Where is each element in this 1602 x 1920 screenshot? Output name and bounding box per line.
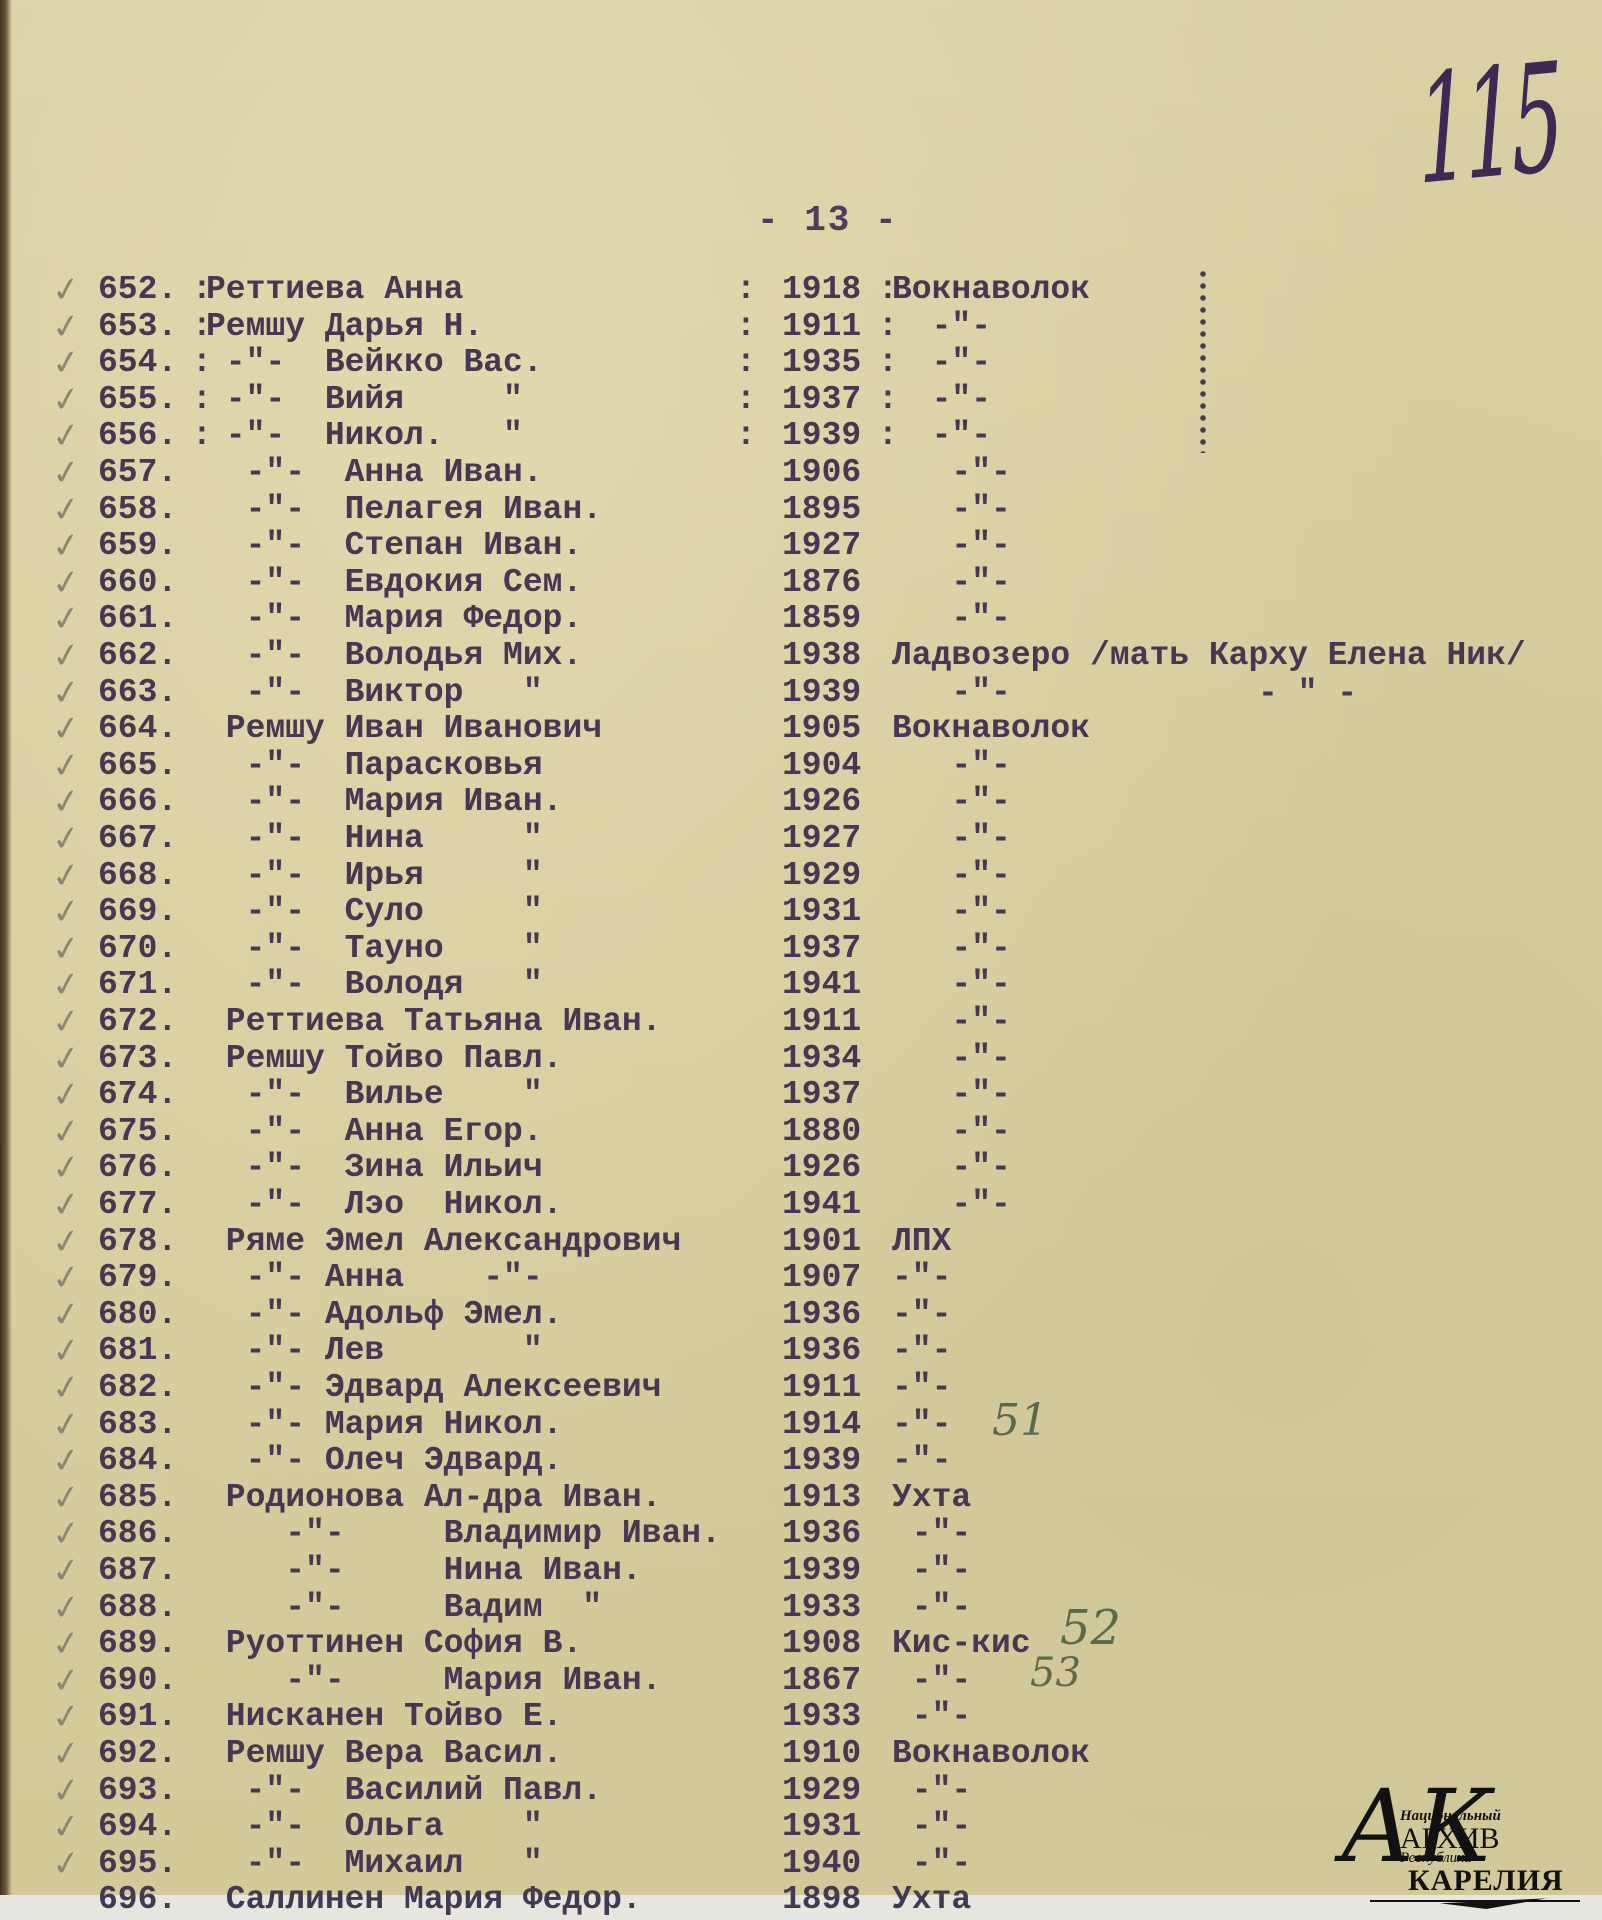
person-name: -"- Анна Егор. — [206, 1114, 543, 1150]
check-mark-icon: ✓ — [50, 819, 83, 859]
table-row: ✓661. -"- Мария Федор.1859 -"- — [0, 601, 1602, 637]
place-name: -"- — [892, 858, 1011, 894]
table-row: ✓679. -"- Анна -"-1907-"- — [0, 1260, 1602, 1296]
entry-number: 660. — [98, 565, 177, 601]
person-name: -"- Нина " — [206, 821, 543, 857]
entry-number: 677. — [98, 1187, 177, 1223]
entry-number: 669. — [98, 894, 177, 930]
table-row: ✓673. Ремшу Тойво Павл.1934 -"- — [0, 1041, 1602, 1077]
person-name: -"- Евдокия Сем. — [206, 565, 582, 601]
entry-number: 654. — [98, 345, 177, 381]
person-name: -"- Мария Иван. — [206, 1663, 661, 1699]
entry-number: 680. — [98, 1297, 177, 1333]
person-name: -"- Степан Иван. — [206, 528, 582, 564]
table-row: ✓687. -"- Нина Иван.1939 -"- — [0, 1553, 1602, 1589]
table-row: ✓657. -"- Анна Иван.1906 -"- — [0, 455, 1602, 491]
birth-year: 1936 — [782, 1333, 861, 1369]
table-row: ✓659. -"- Степан Иван.1927 -"- — [0, 528, 1602, 564]
entry-number: 655. — [98, 382, 177, 418]
birth-year: 1929 — [782, 858, 861, 894]
check-mark-icon: ✓ — [50, 1478, 83, 1518]
page-number: - 13 - — [757, 200, 899, 241]
birth-year: 1939 — [782, 1553, 861, 1589]
person-name: -"- Тауно " — [206, 931, 543, 967]
check-mark-icon: ✓ — [50, 1075, 83, 1115]
table-row: ✓658. -"- Пелагея Иван.1895 -"- — [0, 492, 1602, 528]
birth-year: 1905 — [782, 711, 861, 747]
check-mark-icon: ✓ — [50, 1185, 83, 1225]
handwritten-folio-number: 115 — [1415, 32, 1561, 219]
person-name: Реттиева Анна — [206, 272, 463, 308]
birth-year: 1940 — [782, 1846, 861, 1882]
table-row: ✓666. -"- Мария Иван.1926 -"- — [0, 784, 1602, 820]
place-name: -"- — [892, 1443, 951, 1479]
birth-year: 1931 — [782, 894, 861, 930]
birth-year: 1927 — [782, 528, 861, 564]
person-name: -"- Суло " — [206, 894, 543, 930]
check-mark-icon: ✓ — [50, 1807, 83, 1847]
place-name: -"- — [892, 748, 1011, 784]
check-mark-icon: ✓ — [50, 453, 83, 493]
check-mark-icon: ✓ — [50, 1112, 83, 1152]
table-row: ✓690. -"- Мария Иван.1867 -"- — [0, 1663, 1602, 1699]
birth-year: 1926 — [782, 1150, 861, 1186]
table-row: ✓682. -"- Эдвард Алексеевич1911-"- — [0, 1370, 1602, 1406]
entry-number: 666. — [98, 784, 177, 820]
check-mark-icon: ✓ — [50, 270, 83, 310]
person-name: -"- Вадим " — [206, 1590, 602, 1626]
handwritten-mark: 51 — [992, 1395, 1048, 1446]
entry-number: 683. — [98, 1407, 177, 1443]
check-mark-icon: ✓ — [50, 1039, 83, 1079]
place-name: -"- — [892, 1150, 1011, 1186]
place-name: Ладвозеро /мать Карху Елена Ник/ — [892, 638, 1526, 674]
table-row: ✓686. -"- Владимир Иван.1936 -"- — [0, 1516, 1602, 1552]
entry-number: 658. — [98, 492, 177, 528]
entry-number: 665. — [98, 748, 177, 784]
entry-number: 685. — [98, 1480, 177, 1516]
place-name: -"- — [892, 821, 1011, 857]
entry-number: 687. — [98, 1553, 177, 1589]
entry-number: 673. — [98, 1041, 177, 1077]
check-mark-icon: ✓ — [50, 673, 83, 713]
birth-year: 1895 — [782, 492, 861, 528]
entry-number: 690. — [98, 1663, 177, 1699]
person-name: -"- Володя " — [206, 967, 543, 1003]
entry-number: 671. — [98, 967, 177, 1003]
table-row: ✓662. -"- Володья Мих.1938Ладвозеро /мат… — [0, 638, 1602, 674]
table-row: ✓688. -"- Вадим "1933 -"- — [0, 1590, 1602, 1626]
place-name: -"- — [892, 1773, 971, 1809]
person-name: -"- Зина Ильич — [206, 1150, 543, 1186]
birth-year: 1936 — [782, 1297, 861, 1333]
entry-number: 667. — [98, 821, 177, 857]
person-name: -"- Мария Иван. — [206, 784, 562, 820]
place-name: -"- — [892, 1516, 971, 1552]
birth-year: 1898 — [782, 1882, 861, 1918]
birth-year: 1941 — [782, 967, 861, 1003]
entry-number: 688. — [98, 1590, 177, 1626]
entry-number: 682. — [98, 1370, 177, 1406]
separator: : — [736, 418, 756, 454]
table-row: ✓669. -"- Суло "1931 -"- — [0, 894, 1602, 930]
entry-number: 684. — [98, 1443, 177, 1479]
separator: : — [736, 309, 756, 345]
check-mark-icon: ✓ — [50, 1222, 83, 1262]
birth-year: 1937 — [782, 931, 861, 967]
birth-year: 1904 — [782, 748, 861, 784]
birth-year: 1907 — [782, 1260, 861, 1296]
person-name: -"- Эдвард Алексеевич — [206, 1370, 661, 1406]
place-name: -"- — [892, 1187, 1011, 1223]
person-name: Нисканен Тойво Е. — [206, 1699, 562, 1735]
place-name: -"- — [892, 601, 1011, 637]
place-name: -"- — [892, 931, 1011, 967]
check-mark-icon: ✓ — [50, 490, 83, 530]
entry-number: 659. — [98, 528, 177, 564]
person-name: -"- Ольга " — [206, 1809, 543, 1845]
place-name: -"- — [892, 967, 1011, 1003]
check-mark-icon: ✓ — [50, 600, 83, 640]
place-name: Ухта — [892, 1480, 971, 1516]
place-name: -"- — [892, 675, 1011, 711]
table-row: ✓680. -"- Адольф Эмел.1936-"- — [0, 1297, 1602, 1333]
handwritten-mark: 52 — [1060, 1600, 1121, 1656]
person-name: -"- Виктор " — [206, 675, 543, 711]
table-row: ✓672. Реттиева Татьяна Иван.1911 -"- — [0, 1004, 1602, 1040]
handwritten-mark: 53 — [1030, 1650, 1081, 1696]
birth-year: 1931 — [782, 1809, 861, 1845]
table-row: ✓671. -"- Володя "1941 -"- — [0, 967, 1602, 1003]
entry-number: 664. — [98, 711, 177, 747]
person-name: -"- Лэо Никол. — [206, 1187, 562, 1223]
table-row: ✓684. -"- Олеч Эдвард.1939-"- — [0, 1443, 1602, 1479]
place-name: -"- — [892, 1333, 951, 1369]
entry-number: 661. — [98, 601, 177, 637]
table-row: ✓674. -"- Вилье "1937 -"- — [0, 1077, 1602, 1113]
place-name: -"- — [892, 345, 991, 381]
birth-year: 1911 — [782, 1370, 861, 1406]
birth-year: 1933 — [782, 1590, 861, 1626]
check-mark-icon: ✓ — [50, 746, 83, 786]
person-name: -"- Лев " — [206, 1333, 543, 1369]
check-mark-icon: ✓ — [50, 1002, 83, 1042]
birth-year: 1937 — [782, 382, 861, 418]
place-name: -"- — [892, 894, 1011, 930]
logo-text-line4: КАРЕЛИЯ — [1408, 1864, 1564, 1898]
person-name: -"- Анна Иван. — [206, 455, 543, 491]
check-mark-icon: ✓ — [50, 1588, 83, 1628]
table-row: ✓664. Ремшу Иван Иванович1905Вокнаволок — [0, 711, 1602, 747]
table-row: ✓660. -"- Евдокия Сем.1876 -"- — [0, 565, 1602, 601]
entry-number: 689. — [98, 1626, 177, 1662]
place-name: -"- — [892, 1590, 971, 1626]
check-mark-icon: ✓ — [50, 1771, 83, 1811]
person-name: -"- Владимир Иван. — [206, 1516, 721, 1552]
check-mark-icon: ✓ — [50, 636, 83, 676]
person-name: -"- Михаил " — [206, 1846, 543, 1882]
table-row: ✓683. -"- Мария Никол.1914-"- — [0, 1407, 1602, 1443]
table-row: ✓668. -"- Ирья "1929 -"- — [0, 858, 1602, 894]
person-name: -"- Никол. " — [206, 418, 523, 454]
separator: : — [736, 272, 756, 308]
birth-year: 1926 — [782, 784, 861, 820]
place-name: -"- — [892, 1407, 951, 1443]
entry-number: 656. — [98, 418, 177, 454]
table-row: ✓685. Родионова Ал-дра Иван.1913Ухта — [0, 1480, 1602, 1516]
birth-year: 1911 — [782, 1004, 861, 1040]
check-mark-icon: ✓ — [50, 1734, 83, 1774]
check-mark-icon: ✓ — [50, 892, 83, 932]
entry-number: 686. — [98, 1516, 177, 1552]
person-name: Ремшу Тойво Павл. — [206, 1041, 562, 1077]
birth-year: 1867 — [782, 1663, 861, 1699]
entry-number: 696. — [98, 1882, 177, 1918]
place-name: -"- — [892, 528, 1011, 564]
place-name: Ухта — [892, 1882, 971, 1918]
birth-year: 1929 — [782, 1773, 861, 1809]
place-name: -"- — [892, 1370, 951, 1406]
check-mark-icon: ✓ — [50, 1624, 83, 1664]
place-name: Вокнаволок — [892, 1736, 1090, 1772]
person-name: -"- Володья Мих. — [206, 638, 582, 674]
person-name: -"- Василий Павл. — [206, 1773, 602, 1809]
entry-number: 679. — [98, 1260, 177, 1296]
birth-year: 1910 — [782, 1736, 861, 1772]
entry-number: 681. — [98, 1333, 177, 1369]
entry-number: 668. — [98, 858, 177, 894]
birth-year: 1934 — [782, 1041, 861, 1077]
table-row: ✓670. -"- Тауно "1937 -"- — [0, 931, 1602, 967]
entry-number: 670. — [98, 931, 177, 967]
place-name: -"- — [892, 565, 1011, 601]
birth-year: 1936 — [782, 1516, 861, 1552]
person-name: Саллинен Мария Федор. — [206, 1882, 642, 1918]
birth-year: 1939 — [782, 1443, 861, 1479]
birth-year: 1937 — [782, 1077, 861, 1113]
entry-number: 692. — [98, 1736, 177, 1772]
separator: : — [736, 382, 756, 418]
person-name: Руоттинен София В. — [206, 1626, 582, 1662]
check-mark-icon: ✓ — [50, 1405, 83, 1445]
table-row: ✓692. Ремшу Вера Васил.1910Вокнаволок — [0, 1736, 1602, 1772]
check-mark-icon: ✓ — [50, 856, 83, 896]
check-mark-icon: ✓ — [50, 1698, 83, 1738]
person-name: -"- Адольф Эмел. — [206, 1297, 562, 1333]
check-mark-icon: ✓ — [50, 966, 83, 1006]
person-name: -"- Вийя " — [206, 382, 523, 418]
place-name: -"- — [892, 1041, 1011, 1077]
entry-number: 674. — [98, 1077, 177, 1113]
table-row: ✓691. Нисканен Тойво Е.1933 -"- — [0, 1699, 1602, 1735]
check-mark-icon: ✓ — [50, 1332, 83, 1372]
check-mark-icon: ✓ — [50, 1368, 83, 1408]
check-mark-icon: ✓ — [50, 929, 83, 969]
person-name: -"- Вилье " — [206, 1077, 543, 1113]
entry-number: 653. — [98, 309, 177, 345]
place-name: -"- — [892, 1297, 951, 1333]
check-mark-icon: ✓ — [50, 563, 83, 603]
person-name: Ряме Эмел Александрович — [206, 1224, 681, 1260]
table-row: ✓654.: -"- Вейкко Вас.:1935: -"- — [0, 345, 1602, 381]
place-name: -"- — [892, 455, 1011, 491]
person-name: -"- Мария Никол. — [206, 1407, 562, 1443]
entry-number: 694. — [98, 1809, 177, 1845]
person-name: -"- Вейкко Вас. — [206, 345, 543, 381]
table-row: ✓689. Руоттинен София В.1908Кис-кис — [0, 1626, 1602, 1662]
place-name: -"- — [892, 492, 1011, 528]
table-row: ✓653.:Ремшу Дарья Н.:1911: -"- — [0, 309, 1602, 345]
place-name: -"- — [892, 1077, 1011, 1113]
birth-year: 1927 — [782, 821, 861, 857]
table-row: ✓678. Ряме Эмел Александрович1901ЛПХ — [0, 1224, 1602, 1260]
birth-year: 1935 — [782, 345, 861, 381]
place-name: -"- — [892, 1663, 971, 1699]
table-row: ✓652.:Реттиева Анна:1918:Вокнаволок — [0, 272, 1602, 308]
entry-number: 678. — [98, 1224, 177, 1260]
table-row: ✓656.: -"- Никол. ":1939: -"- — [0, 418, 1602, 454]
birth-year: 1876 — [782, 565, 861, 601]
check-mark-icon: ✓ — [50, 1295, 83, 1335]
entry-number: 691. — [98, 1699, 177, 1735]
person-name: Ремшу Вера Васил. — [206, 1736, 562, 1772]
check-mark-icon: ✓ — [50, 380, 83, 420]
birth-year: 1918 — [782, 272, 861, 308]
place-name: -"- — [892, 382, 991, 418]
table-row: ✓675. -"- Анна Егор.1880 -"- — [0, 1114, 1602, 1150]
check-mark-icon: ✓ — [50, 1661, 83, 1701]
table-row: ✓681. -"- Лев "1936-"- — [0, 1333, 1602, 1369]
place-name: Кис-кис — [892, 1626, 1031, 1662]
check-mark-icon: ✓ — [50, 1149, 83, 1189]
check-mark-icon: ✓ — [50, 307, 83, 347]
entry-number: 676. — [98, 1150, 177, 1186]
birth-year: 1901 — [782, 1224, 861, 1260]
table-row: ✓676. -"- Зина Ильич1926 -"- — [0, 1150, 1602, 1186]
place-name: -"- — [892, 309, 991, 345]
check-mark-icon: ✓ — [50, 1844, 83, 1884]
birth-year: 1913 — [782, 1480, 861, 1516]
person-name: -"- Парасковья — [206, 748, 543, 784]
place-name: -"- — [892, 1553, 971, 1589]
entry-number: 693. — [98, 1773, 177, 1809]
birth-year: 1914 — [782, 1407, 861, 1443]
table-row: ✓667. -"- Нина "1927 -"- — [0, 821, 1602, 857]
person-name: Реттиева Татьяна Иван. — [206, 1004, 661, 1040]
person-name: Ремшу Дарья Н. — [206, 309, 483, 345]
person-name: -"- Ирья " — [206, 858, 543, 894]
entry-number: 672. — [98, 1004, 177, 1040]
place-name: -"- — [892, 1699, 971, 1735]
place-name: -"- — [892, 1114, 1011, 1150]
person-name: -"- Анна -"- — [206, 1260, 543, 1296]
place-name: -"- — [892, 784, 1011, 820]
place-name: -"- — [892, 1260, 951, 1296]
birth-year: 1941 — [782, 1187, 861, 1223]
archive-logo: АК Национальный АРХИВ Республики КАРЕЛИЯ — [1280, 1800, 1590, 1900]
ditto-under-note: - " - — [1258, 675, 1357, 712]
person-name: Родионова Ал-дра Иван. — [206, 1480, 661, 1516]
person-name: -"- Пелагея Иван. — [206, 492, 602, 528]
place-name: ЛПХ — [892, 1224, 951, 1260]
birth-year: 1911 — [782, 309, 861, 345]
birth-year: 1908 — [782, 1626, 861, 1662]
place-name: -"- — [892, 1809, 971, 1845]
person-name: Ремшу Иван Иванович — [206, 711, 602, 747]
entry-number: 675. — [98, 1114, 177, 1150]
entry-number: 652. — [98, 272, 177, 308]
place-name: -"- — [892, 418, 991, 454]
entry-number: 657. — [98, 455, 177, 491]
birth-year: 1939 — [782, 675, 861, 711]
place-name: Вокнаволок — [892, 711, 1090, 747]
person-name: -"- Олеч Эдвард. — [206, 1443, 562, 1479]
entry-number: 695. — [98, 1846, 177, 1882]
person-name: -"- Нина Иван. — [206, 1553, 642, 1589]
birth-year: 1939 — [782, 418, 861, 454]
table-row: ✓655.: -"- Вийя ":1937: -"- — [0, 382, 1602, 418]
entry-number: 663. — [98, 675, 177, 711]
birth-year: 1938 — [782, 638, 861, 674]
place-name: Вокнаволок — [892, 272, 1090, 308]
check-mark-icon: ✓ — [50, 1515, 83, 1555]
table-row: ✓665. -"- Парасковья1904 -"- — [0, 748, 1602, 784]
check-mark-icon: ✓ — [50, 526, 83, 566]
table-row: ✓663. -"- Виктор "1939 -"- — [0, 675, 1602, 711]
check-mark-icon: ✓ — [50, 417, 83, 457]
person-name: -"- Мария Федор. — [206, 601, 582, 637]
birth-year: 1906 — [782, 455, 861, 491]
check-mark-icon: ✓ — [50, 1258, 83, 1298]
separator: : — [736, 345, 756, 381]
check-mark-icon: ✓ — [50, 709, 83, 749]
check-mark-icon: ✓ — [50, 1551, 83, 1591]
check-mark-icon: ✓ — [50, 343, 83, 383]
check-mark-icon: ✓ — [50, 783, 83, 823]
check-mark-icon: ✓ — [50, 1441, 83, 1481]
place-name: -"- — [892, 1846, 971, 1882]
birth-year: 1859 — [782, 601, 861, 637]
birth-year: 1933 — [782, 1699, 861, 1735]
place-name: -"- — [892, 1004, 1011, 1040]
table-row: ✓677. -"- Лэо Никол.1941 -"- — [0, 1187, 1602, 1223]
entry-number: 662. — [98, 638, 177, 674]
birth-year: 1880 — [782, 1114, 861, 1150]
